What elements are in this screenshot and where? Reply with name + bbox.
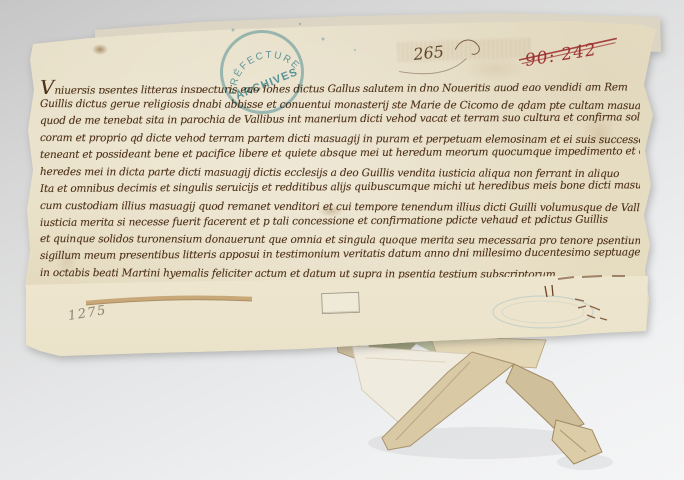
manuscript-line: teneant et possideant bene et pacifice l… [40, 144, 640, 162]
manuscript-line: Vniuersis psentes litteras inspecturis e… [40, 76, 640, 94]
manuscript-line: Ita et omnibus decimis et singulis serui… [40, 178, 640, 196]
parchment-sheet: Vniuersis psentes litteras inspecturis e… [0, 0, 684, 480]
charter-photo: Vniuersis psentes litteras inspecturis e… [0, 0, 684, 480]
manuscript-line: sigillum meum presentibus litteris appos… [40, 245, 640, 263]
parchment-recto: Vniuersis psentes litteras inspecturis e… [0, 0, 684, 480]
manuscript-line: quod de me tenebat sita in parochia de V… [40, 110, 640, 128]
ink-stain [92, 44, 108, 55]
manuscript-line: iusticia merita si necesse fuerit facere… [40, 212, 640, 230]
